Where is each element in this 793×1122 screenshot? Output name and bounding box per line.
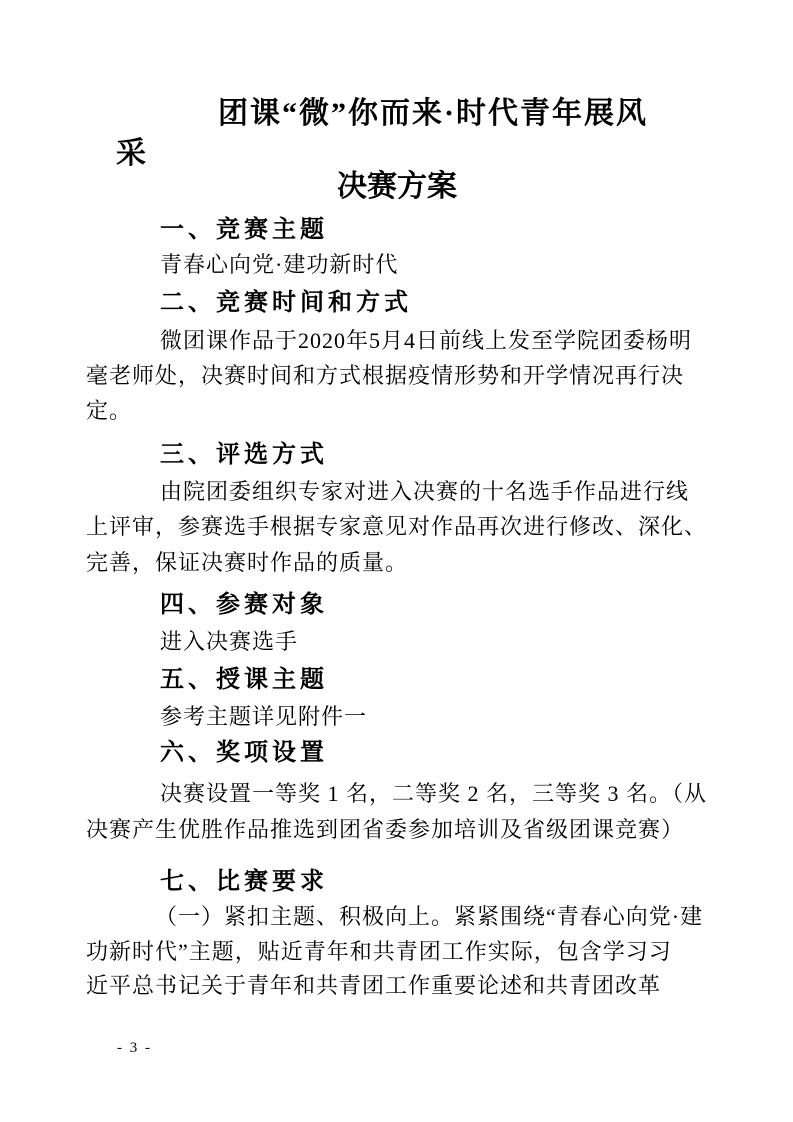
section-5-heading: 五、授课主题 xyxy=(160,668,328,692)
document-title-line-1: 团课“微”你而来·时代青年展风 xyxy=(218,99,648,129)
section-3-heading: 三、评选方式 xyxy=(160,443,328,467)
section-2-line-2: 毫老师处，决赛时间和方式根据疫情形势和开学情况再行决 xyxy=(86,365,684,387)
section-3-line-3: 完善，保证决赛时作品的质量。 xyxy=(86,552,408,574)
section-7-line-2: 功新时代”主题，贴近青年和共青团工作实际，包含学习习 xyxy=(86,941,672,963)
section-6-heading: 六、奖项设置 xyxy=(160,741,328,765)
section-4-line-1: 进入决赛选手 xyxy=(160,631,298,653)
section-2-heading: 二、竞赛时间和方式 xyxy=(160,291,412,315)
section-7-line-3: 近平总书记关于青年和共青团工作重要论述和共青团改革 xyxy=(86,975,661,997)
section-7-heading: 七、比赛要求 xyxy=(160,870,328,894)
document-page: 团课“微”你而来·时代青年展风 采 决赛方案 一、竞赛主题 青春心向党·建功新时… xyxy=(0,0,793,1122)
section-2-line-1: 微团课作品于2020年5月4日前线上发至学院团委杨明 xyxy=(160,330,692,352)
section-3-line-2: 上评审，参赛选手根据专家意见对作品再次进行修改、深化、 xyxy=(86,516,707,538)
section-4-heading: 四、参赛对象 xyxy=(160,593,328,617)
section-3-line-1: 由院团委组织专家对进入决赛的十名选手作品进行线 xyxy=(160,481,689,503)
document-title-line-2: 采 xyxy=(116,139,148,169)
section-6-line-1: 决赛设置一等奖 1 名，二等奖 2 名，三等奖 3 名。（从 xyxy=(160,783,707,805)
section-6-line-2: 决赛产生优胜作品推选到团省委参加培训及省级团课竞赛） xyxy=(86,819,684,841)
page-number: - 3 - xyxy=(117,1041,152,1056)
section-2-line-3: 定。 xyxy=(86,400,132,422)
section-7-line-1: （一）紧扣主题、积极向上。紧紧围绕“青春心向党·建 xyxy=(155,906,703,928)
section-1-line-1: 青春心向党·建功新时代 xyxy=(160,254,398,276)
section-5-line-1: 参考主题详见附件一 xyxy=(160,706,367,728)
section-1-heading: 一、竞赛主题 xyxy=(160,218,328,242)
document-subtitle: 决赛方案 xyxy=(337,172,457,202)
